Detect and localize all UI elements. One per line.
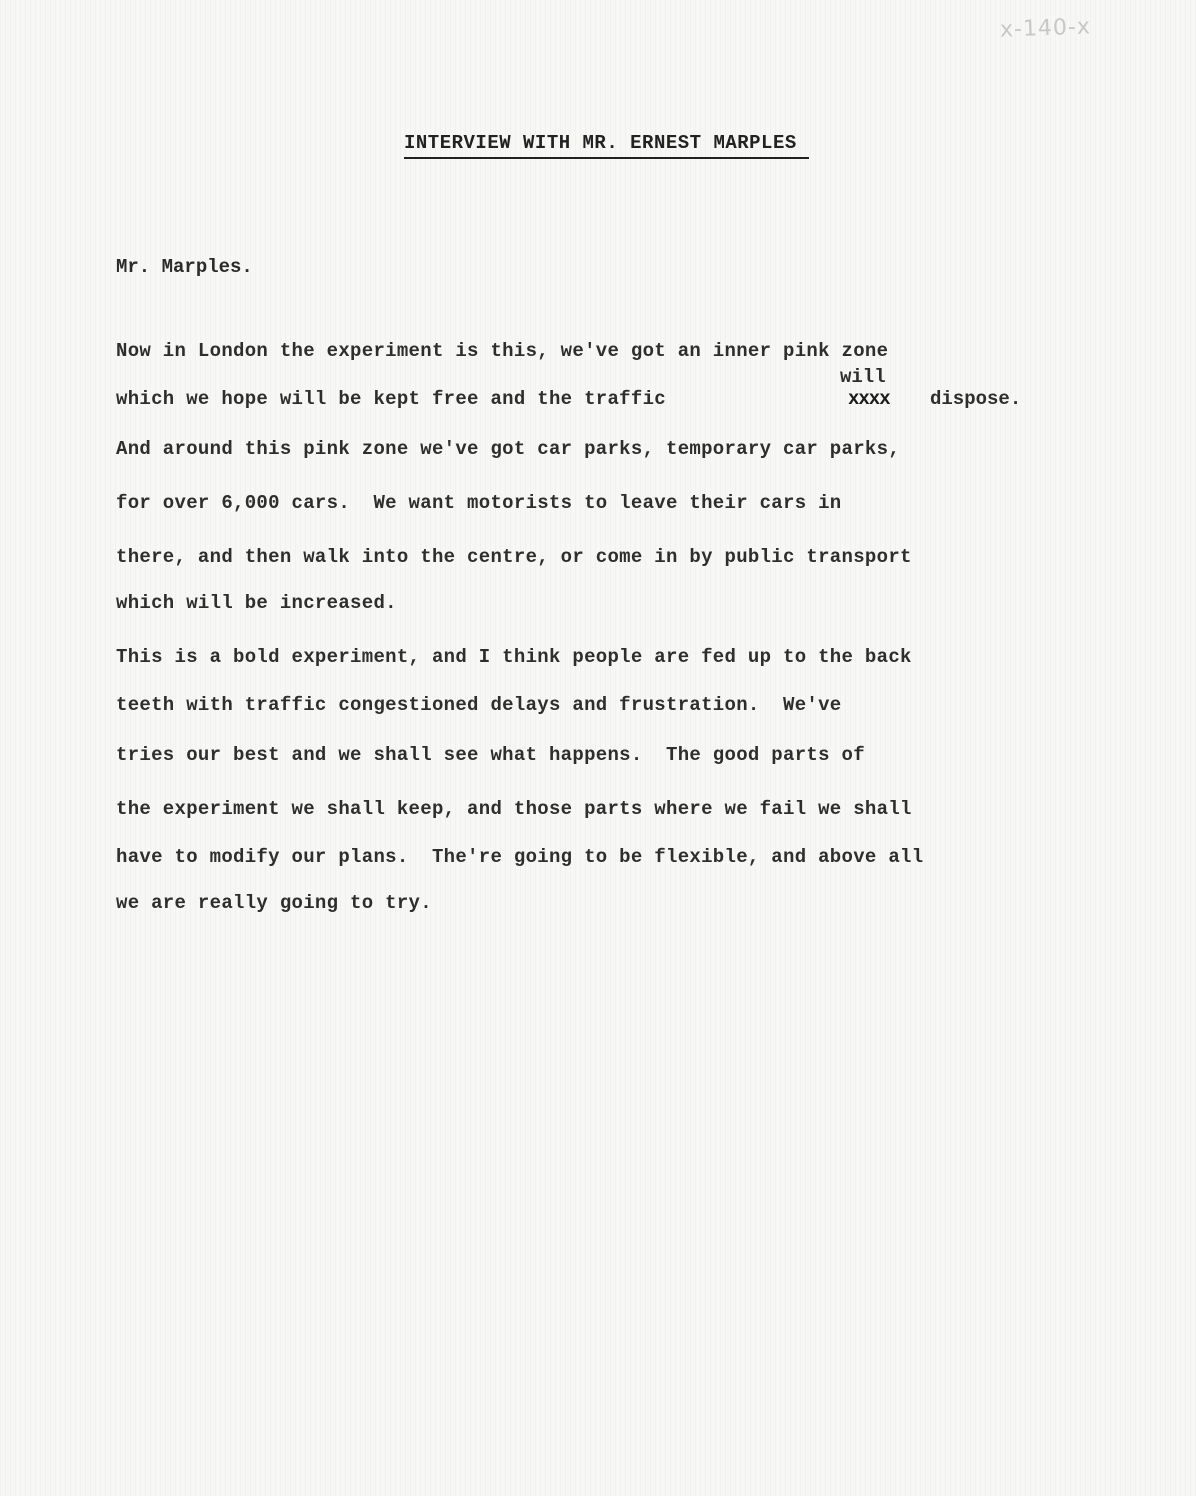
body-line: which we hope will be kept free and the … xyxy=(116,388,666,410)
body-line: Now in London the experiment is this, we… xyxy=(116,340,888,362)
body-line: And around this pink zone we've got car … xyxy=(116,438,900,460)
speaker-label: Mr. Marples. xyxy=(116,256,253,278)
archive-mark: x-140-x xyxy=(1000,14,1092,42)
body-line: which will be increased. xyxy=(116,592,397,614)
body-line: teeth with traffic congestioned delays a… xyxy=(116,694,842,716)
body-line: we are really going to try. xyxy=(116,892,432,914)
body-line: the experiment we shall keep, and those … xyxy=(116,798,912,820)
interlinear-insertion: will xyxy=(840,366,886,388)
body-line: have to modify our plans. The're going t… xyxy=(116,846,923,868)
body-line: for over 6,000 cars. We want motorists t… xyxy=(116,492,842,514)
struck-word: xxxx xyxy=(848,388,890,410)
body-line: tries our best and we shall see what hap… xyxy=(116,744,865,766)
document-title: INTERVIEW WITH MR. ERNEST MARPLES xyxy=(404,132,809,159)
body-line: there, and then walk into the centre, or… xyxy=(116,546,912,568)
body-line: This is a bold experiment, and I think p… xyxy=(116,646,912,668)
body-line-fragment: dispose. xyxy=(930,388,1021,410)
